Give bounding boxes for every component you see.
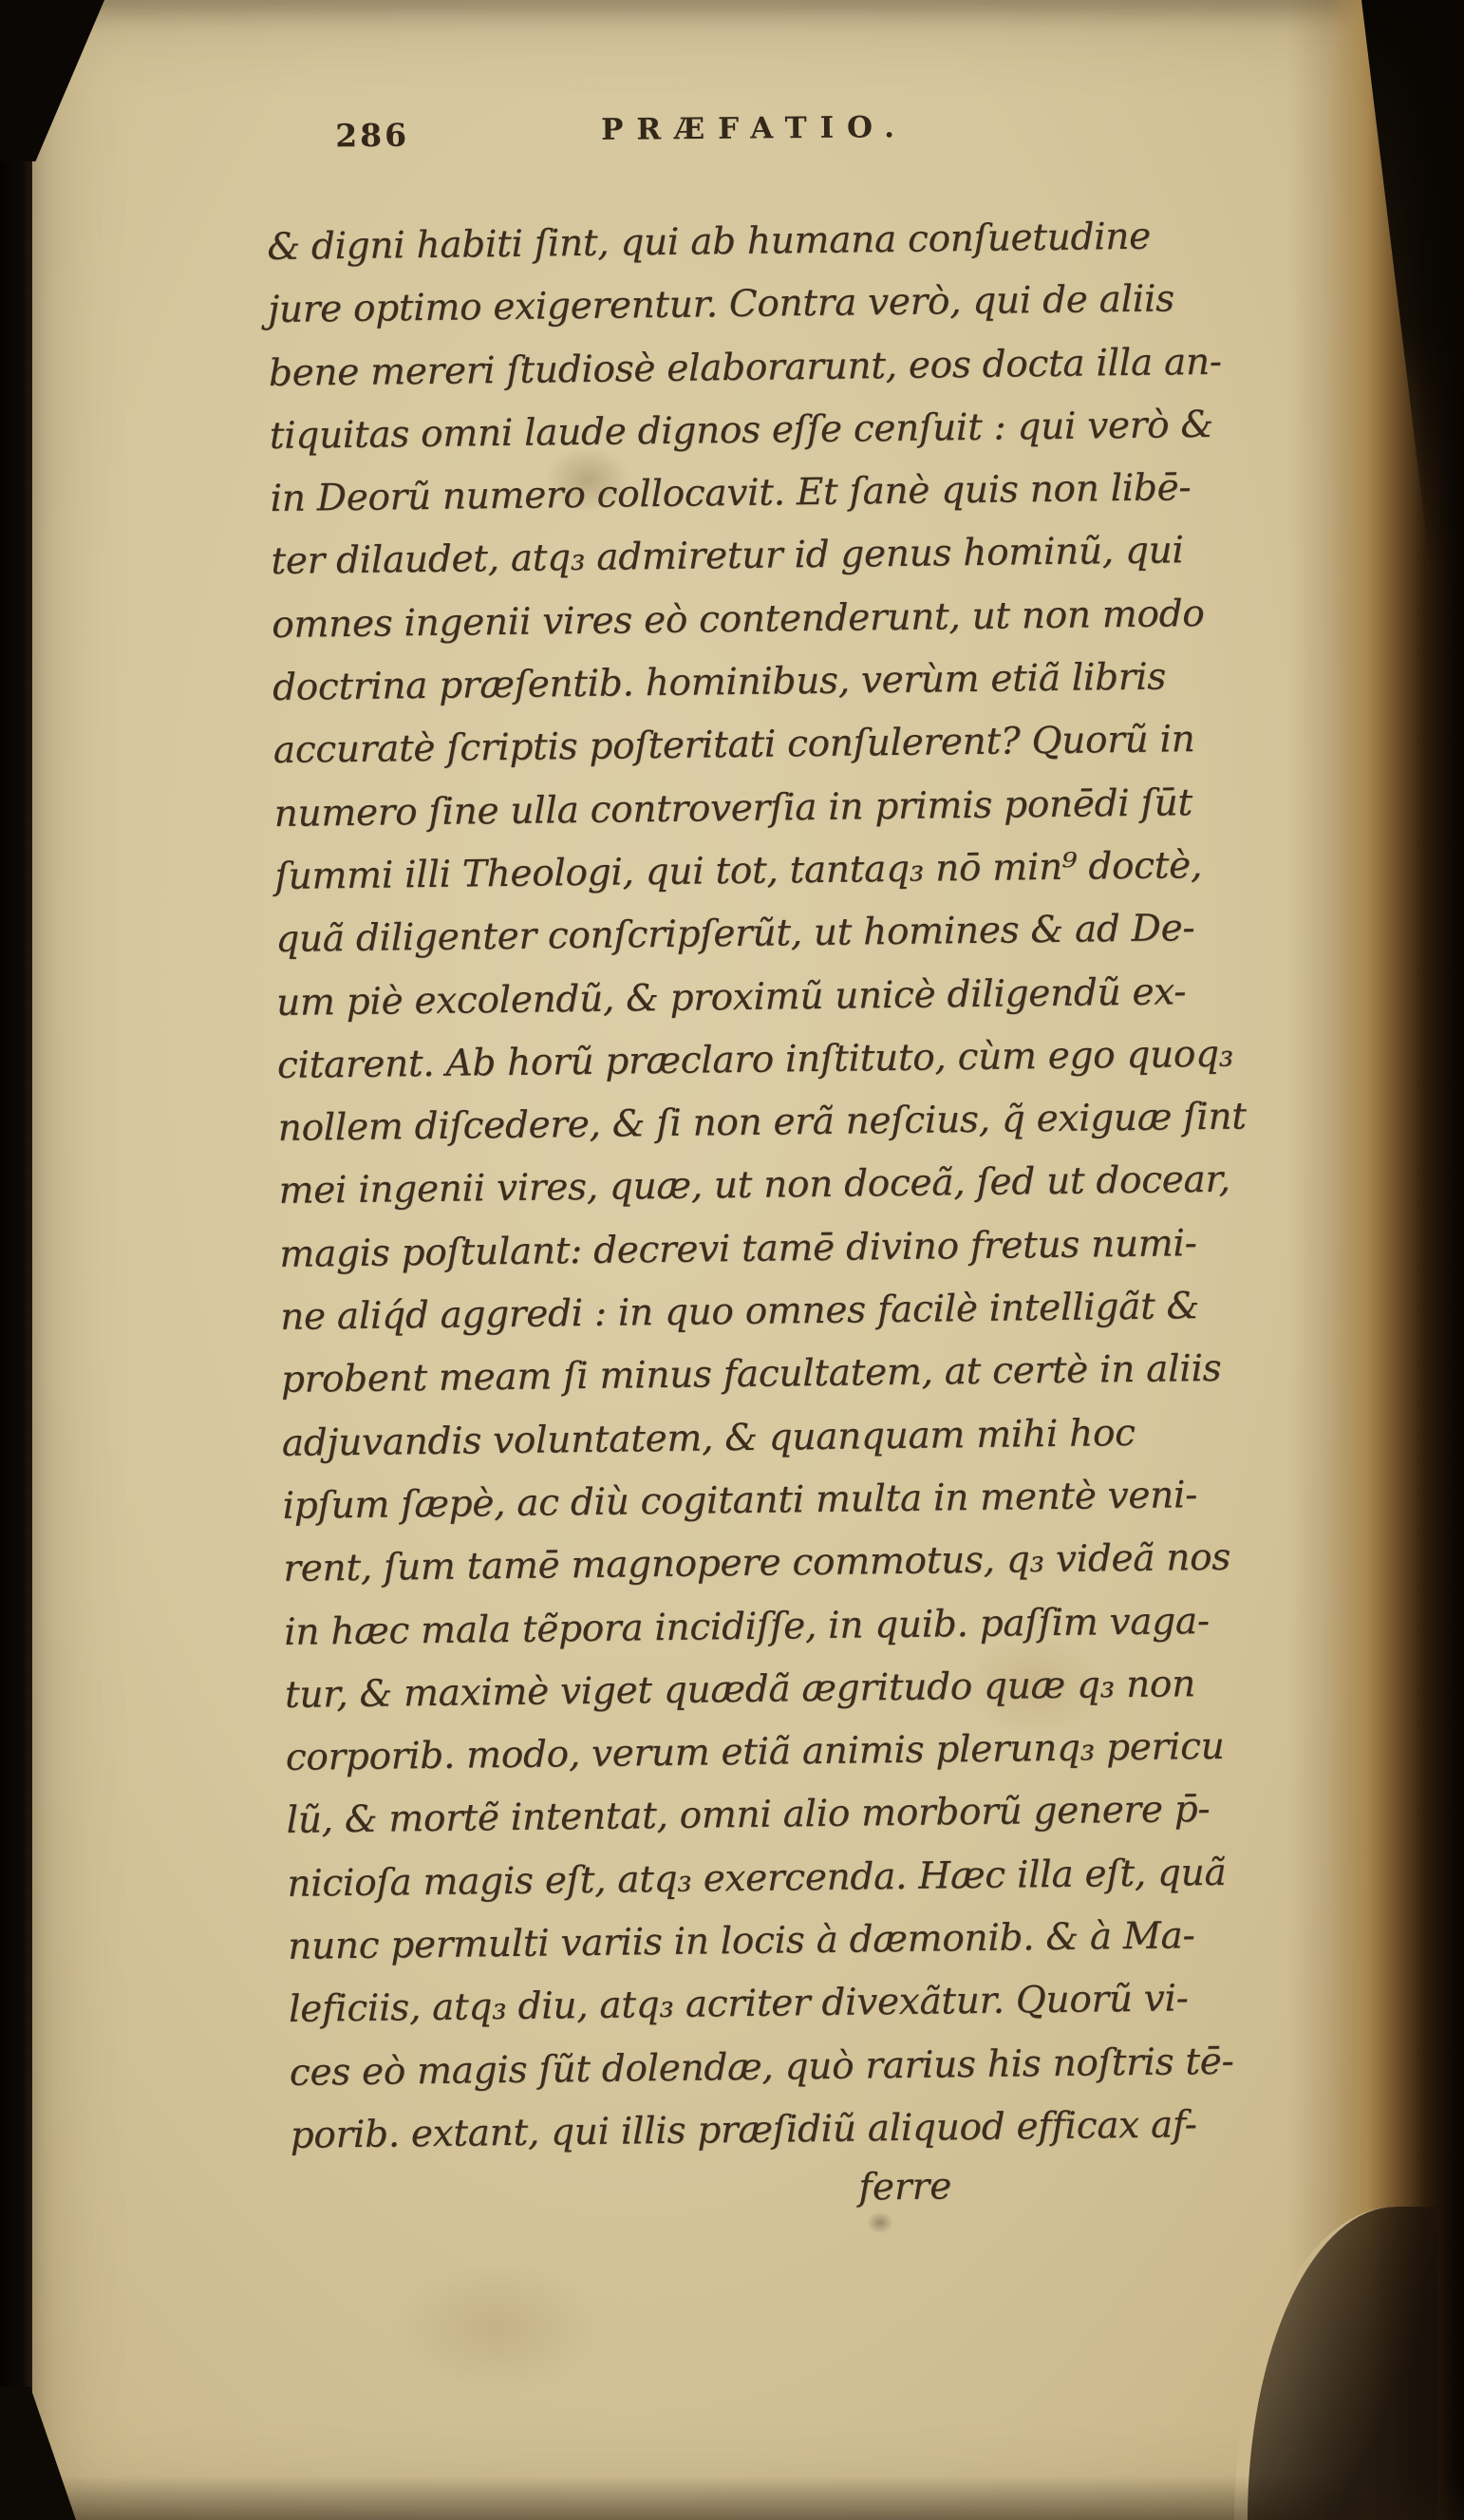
- text-line: magis poſtulant: decrevi tamē divino fre…: [279, 1213, 1173, 1287]
- catchword: ferre: [858, 2163, 1184, 2210]
- text-line: doctrina præſentib. hominibus, verùm eti…: [272, 647, 1166, 721]
- text-line: accuratè ſcriptis poſteritati conſuleren…: [272, 709, 1166, 783]
- text-line: citarent. Ab horũ præclaro inſtituto, cù…: [277, 1024, 1171, 1098]
- scan-edge-left: [0, 0, 32, 2520]
- text-line: quã diligenter conſcripſerũt, ut homines…: [275, 898, 1169, 972]
- text-line: nollem diſcedere, & ſi non erã neſcius, …: [277, 1087, 1171, 1161]
- text-line: ſummi illi Theologi, qui tot, tantaq₃ nō…: [274, 835, 1168, 909]
- text-line: numero ſine ulla controverſia in primis …: [273, 772, 1167, 846]
- text-line: lũ, & mortẽ intentat, omni alio morborũ …: [286, 1779, 1179, 1853]
- page-stain: [393, 2260, 602, 2393]
- text-line: corporib. modo, verum etiã animis plerun…: [285, 1717, 1178, 1791]
- text-line: bene mereri ſtudiosè elaborarunt, eos do…: [269, 331, 1162, 405]
- body-text-block: & digni habiti ſint, qui ab humana conſu…: [267, 206, 1184, 2217]
- text-line: um piè excolendũ, & proximũ unicè dilige…: [276, 961, 1170, 1035]
- text-line: ter dilaudet, atq₃ admiretur id genus ho…: [271, 520, 1164, 594]
- scan-bottom-shadow: [32, 2476, 1464, 2520]
- text-line: porib. extant, qui illis præſidiũ aliquo…: [290, 2094, 1183, 2168]
- text-line: in hæc mala tẽpora incidiſſe, in quib. p…: [284, 1590, 1177, 1664]
- text-line: leficiis, atq₃ diu, atq₃ acriter divexãt…: [289, 1968, 1182, 2042]
- text-line: rent, ſum tamē magnopere commotus, q₃ vi…: [283, 1528, 1176, 1602]
- book-scan: 286 PRÆFATIO. & digni habiti ſint, qui a…: [0, 0, 1464, 2520]
- page-paper: 286 PRÆFATIO. & digni habiti ſint, qui a…: [32, 0, 1464, 2520]
- text-line: mei ingenii vires, quæ, ut non doceã, ſe…: [278, 1150, 1172, 1224]
- page-header: 286 PRÆFATIO.: [267, 104, 1150, 169]
- page-stain: [868, 2212, 892, 2233]
- page-number: 286: [335, 117, 409, 155]
- text-line: ne aliq́d aggredi : in quo omnes facilè …: [280, 1275, 1173, 1349]
- text-line: adjuvandis voluntatem, & quanquam mihi h…: [281, 1401, 1174, 1476]
- text-line: jure optimo exigerentur. Contra verò, qu…: [268, 269, 1161, 343]
- text-line: ipſum ſæpè, ac diù cogitanti multa in me…: [282, 1464, 1175, 1538]
- text-line: & digni habiti ſint, qui ab humana conſu…: [267, 206, 1160, 280]
- text-line: tur, & maximè viget quædã ægritudo quæ q…: [285, 1653, 1178, 1727]
- text-line: tiquitas omni laude dignos eſſe cenſuit …: [269, 394, 1162, 468]
- text-line: probent meam ſi minus facultatem, at cer…: [281, 1339, 1174, 1413]
- text-line: in Deorũ numero collocavit. Et ſanè quis…: [270, 458, 1163, 532]
- running-header-title: PRÆFATIO.: [601, 110, 908, 147]
- text-line: nunc permulti variis in locis à dæmonib.…: [288, 1905, 1181, 1979]
- text-line: omnes ingenii vires eò contenderunt, ut …: [272, 583, 1165, 657]
- text-line: nicioſa magis eſt, atq₃ exercenda. Hæc i…: [287, 1842, 1180, 1916]
- text-line: ces eò magis ſũt dolendæ, quò rarius his…: [289, 2031, 1182, 2105]
